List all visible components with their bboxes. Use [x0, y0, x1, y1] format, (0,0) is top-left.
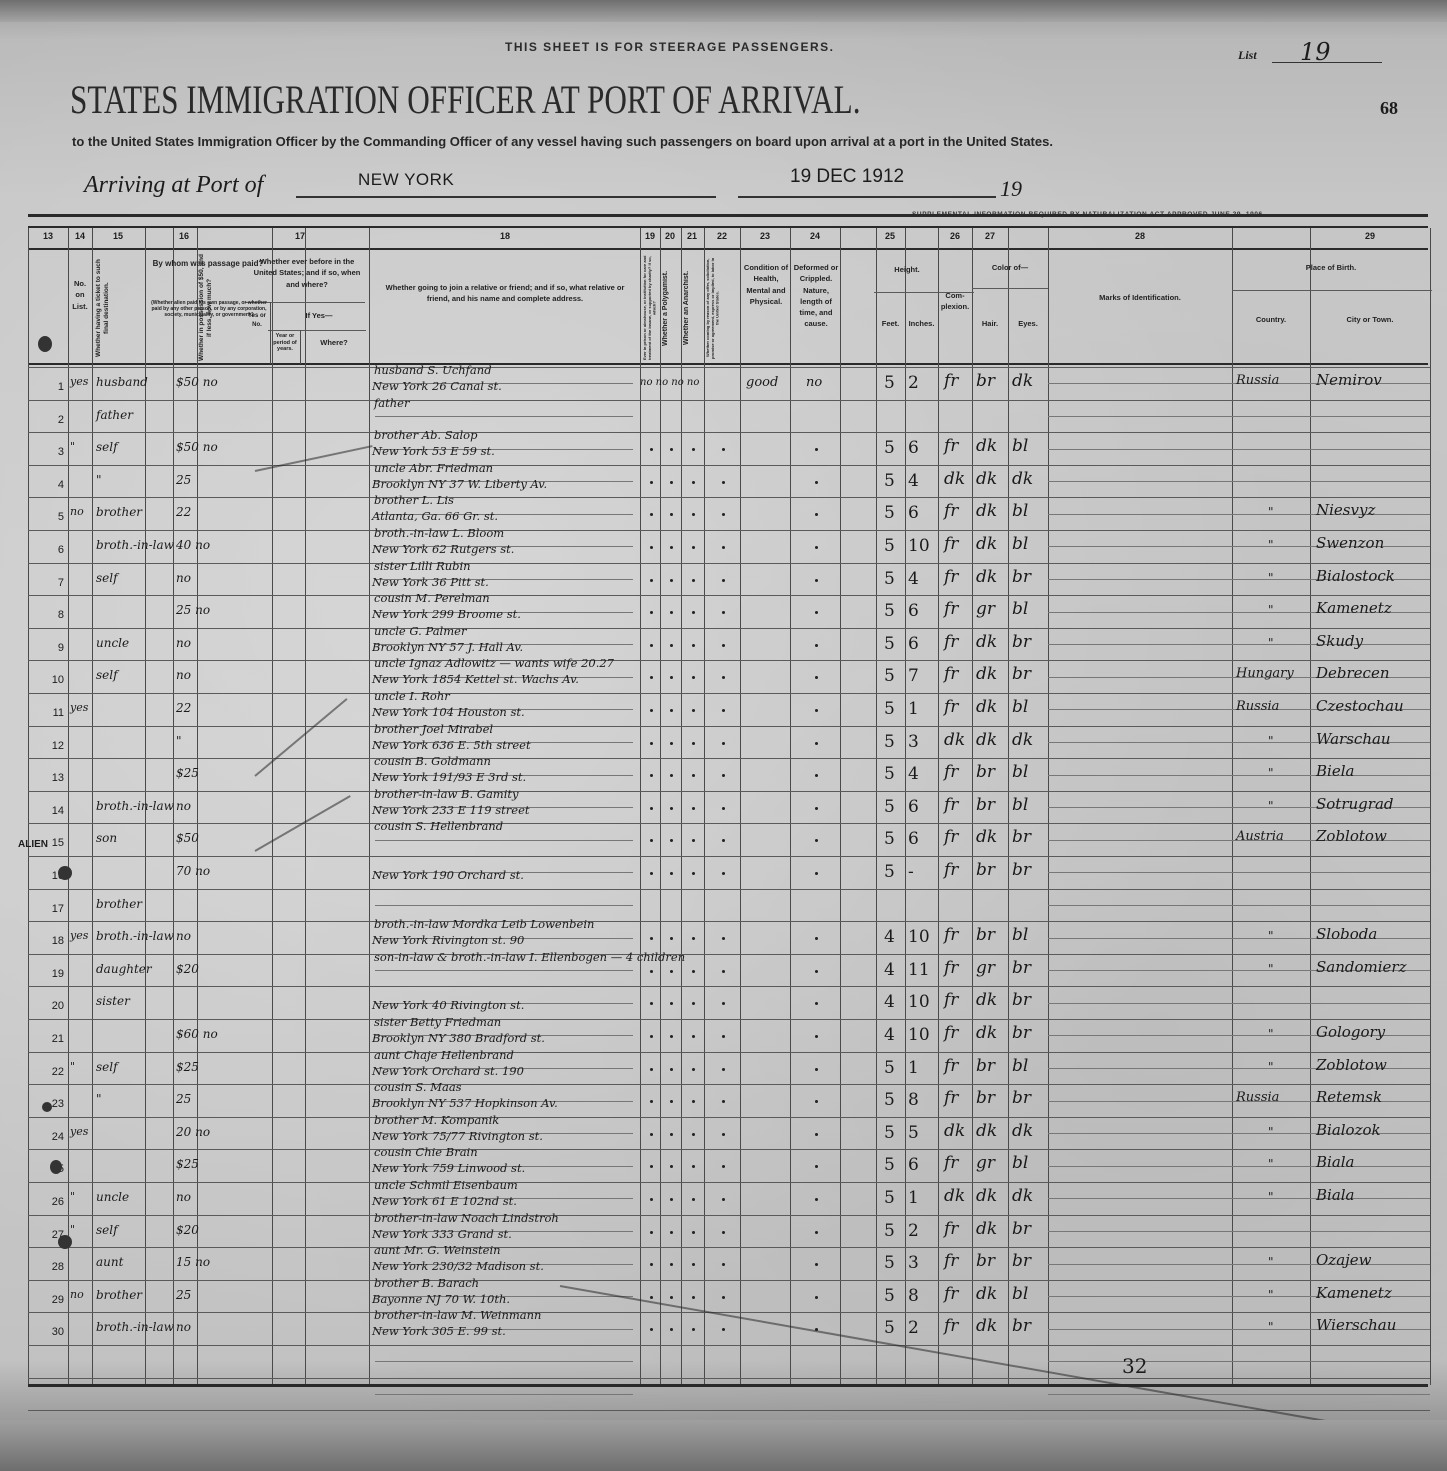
column-number: 21 — [682, 231, 702, 241]
rule — [28, 1384, 1428, 1387]
table-row — [28, 432, 1430, 465]
header-ticket: Whether having a ticket to such final de… — [95, 254, 141, 362]
cell-inches: 10 — [908, 536, 930, 556]
cell-complexion: fr — [944, 1088, 958, 1108]
ditto-mark — [692, 872, 695, 875]
cell-money: 25 — [176, 473, 191, 487]
column-number: 17 — [290, 231, 310, 241]
ditto-mark — [815, 807, 818, 810]
header-before-in-us: Whether ever before in the United States… — [248, 256, 366, 290]
cell-inches: 2 — [908, 1221, 919, 1241]
ditto-mark — [650, 872, 653, 875]
cell-eyes: bl — [1012, 1056, 1028, 1076]
cell-hair: br — [976, 1088, 995, 1108]
cell-money: 25 — [176, 1092, 191, 1106]
header-join-relative: Whether going to join a relative or frie… — [385, 282, 625, 305]
cell-address: New York 1854 Kettel st. Wachs Av. — [372, 672, 579, 686]
cell-ticket: yes — [70, 375, 88, 388]
table-row — [28, 595, 1430, 628]
cell-hair: br — [976, 762, 995, 782]
cell-eyes: bl — [1012, 1153, 1028, 1173]
column-number: 19 — [640, 231, 660, 241]
header-eyes: Eyes. — [1008, 318, 1048, 329]
ditto-country: " — [1268, 799, 1274, 813]
cell-complexion: fr — [944, 697, 958, 717]
punch-hole — [58, 1235, 72, 1249]
header-place-of-birth: Place of Birth. — [1232, 262, 1430, 273]
cell-ticket: " — [70, 1223, 75, 1236]
ditto-mark — [815, 1198, 818, 1201]
cell-relative: brother Ab. Salop — [374, 428, 477, 442]
ditto-mark — [692, 709, 695, 712]
cell-complexion: fr — [944, 599, 958, 619]
ditto-mark — [650, 1133, 653, 1136]
cell-feet: 5 — [884, 1318, 895, 1338]
column-number: 24 — [805, 231, 825, 241]
header-prison: Ever in prison or almshouse, or institut… — [643, 254, 659, 362]
cell-hair: br — [976, 925, 995, 945]
cell-money: no — [176, 1320, 191, 1334]
cell-hair: dk — [976, 1023, 997, 1043]
arriving-label: Arriving at Port of — [84, 172, 263, 199]
header-feet: Feet. — [876, 318, 905, 329]
cell-feet: 5 — [884, 1058, 895, 1078]
cell-city: Wierschau — [1316, 1316, 1396, 1334]
ditto-country: " — [1268, 1060, 1274, 1074]
cell-eyes: dk — [1012, 1121, 1033, 1141]
cell-hair: br — [976, 795, 995, 815]
cell-passage-paid: broth.-in-law — [96, 538, 174, 552]
cell-feet: 5 — [884, 1286, 895, 1306]
cell-money: 70 no — [176, 864, 210, 878]
table-row — [28, 693, 1430, 726]
ditto-mark — [815, 1035, 818, 1038]
header-country: Country. — [1232, 314, 1310, 325]
cell-hair: dk — [976, 697, 997, 717]
cell-money: $20 — [176, 1223, 199, 1237]
cell-country: Russia — [1236, 373, 1279, 388]
punch-hole — [58, 866, 72, 880]
cell-inches: 6 — [908, 503, 919, 523]
cell-eyes: dk — [1012, 1186, 1033, 1206]
row-number: 13 — [38, 772, 64, 784]
cell-country: Russia — [1236, 1090, 1279, 1105]
cell-complexion: fr — [944, 860, 958, 880]
ditto-country: " — [1268, 929, 1274, 943]
cell-eyes: bl — [1012, 925, 1028, 945]
table-row — [28, 1312, 1430, 1345]
ditto-country: " — [1268, 636, 1274, 650]
ditto-country: " — [1268, 1125, 1274, 1139]
ditto-mark — [815, 1133, 818, 1136]
row-number: 8 — [38, 609, 64, 621]
ditto-mark — [692, 742, 695, 745]
cell-address: New York 190 Orchard st. — [372, 868, 524, 882]
cell-hair: dk — [976, 1121, 997, 1141]
cell-address: New York Rivington st. 90 — [372, 933, 524, 947]
cell-relative: broth.-in-law Mordka Leib Lowenbein — [374, 917, 594, 931]
ditto-country: " — [1268, 1320, 1274, 1334]
row-number: 30 — [38, 1326, 64, 1338]
table-row — [28, 628, 1430, 661]
cell-passage-paid: brother — [96, 1288, 142, 1302]
header-yes-no: Yes or No. — [245, 312, 269, 330]
cell-address: Brooklyn NY 380 Bradford st. — [372, 1031, 545, 1045]
column-number: 18 — [495, 231, 515, 241]
ditto-mark — [650, 1035, 653, 1038]
table-row — [28, 1084, 1430, 1117]
cell-inches: 2 — [908, 1318, 919, 1338]
cell-relative: broth.-in-law L. Bloom — [374, 526, 504, 540]
cell-city: Biela — [1316, 762, 1354, 780]
punch-hole — [50, 1160, 62, 1174]
cell-complexion: fr — [944, 1316, 958, 1336]
scan-edge — [0, 0, 1447, 22]
cell-relative: cousin M. Perelman — [374, 591, 490, 605]
subheader-rule — [300, 330, 301, 364]
ditto-mark — [692, 546, 695, 549]
header-years: Year or period of years. — [271, 333, 299, 353]
cell-feet: 5 — [884, 503, 895, 523]
page-subtitle: to the United States Immigration Officer… — [72, 134, 1053, 149]
cell-complexion: fr — [944, 436, 958, 456]
cell-address: New York 191/93 E 3rd st. — [372, 770, 526, 784]
cell-eyes: br — [1012, 827, 1031, 847]
cell-address: New York 75/77 Rivington st. — [372, 1129, 543, 1143]
table-row — [28, 921, 1430, 954]
cell-address: New York 230/32 Madison st. — [372, 1259, 544, 1273]
table-row — [28, 1019, 1430, 1052]
list-label: List — [1238, 48, 1257, 63]
cell-complexion: fr — [944, 567, 958, 587]
table-row — [28, 497, 1430, 530]
ditto-mark — [670, 644, 673, 647]
header-complexion: Com-plexion. — [940, 290, 970, 313]
cell-inches: - — [908, 862, 914, 882]
header-polygamist: Whether a Polygamist. — [662, 254, 678, 362]
cell-money: $60 no — [176, 1027, 218, 1041]
cell-inches: 8 — [908, 1286, 919, 1306]
table-row — [28, 530, 1430, 563]
cell-eyes: bl — [1012, 501, 1028, 521]
ditto-mark — [722, 1198, 725, 1201]
cell-complexion: fr — [944, 534, 958, 554]
ditto-mark — [722, 579, 725, 582]
cell-eyes: br — [1012, 958, 1031, 978]
header-inches: Inches. — [905, 318, 938, 329]
row-number: 5 — [38, 511, 64, 523]
cell-address: New York 40 Rivington st. — [372, 998, 524, 1012]
cell-passage-paid: sister — [96, 994, 130, 1008]
cell-relative: cousin S. Maas — [374, 1080, 462, 1094]
cell-address: New York 36 Pitt st. — [372, 575, 489, 589]
table-row — [28, 889, 1430, 922]
cell-money: no — [176, 929, 191, 943]
cell-address: New York 26 Canal st. — [372, 379, 502, 393]
list-number: 19 — [1300, 38, 1331, 66]
row-rule — [28, 1410, 1430, 1411]
cell-city: Swenzon — [1316, 534, 1384, 552]
ditto-mark — [670, 1198, 673, 1201]
table-row — [28, 986, 1430, 1019]
cell-relative: brother-in-law B. Gamity — [374, 787, 519, 801]
cell-passage-paid: self — [96, 571, 118, 585]
row-number: 20 — [38, 1000, 64, 1012]
cell-city: Sloboda — [1316, 925, 1377, 943]
cell-money: $25 — [176, 1157, 199, 1171]
cell-inches: 6 — [908, 829, 919, 849]
cell-feet: 5 — [884, 601, 895, 621]
cell-passage-paid: brother — [96, 897, 142, 911]
scan-edge-bottom — [0, 1420, 1447, 1471]
cell-feet: 5 — [884, 666, 895, 686]
cell-feet: 5 — [884, 699, 895, 719]
ditto-mark — [692, 644, 695, 647]
row-number: 1 — [38, 381, 64, 393]
header-color-of: Color of— — [972, 262, 1048, 273]
column-number: 14 — [70, 231, 90, 241]
cell-address: Brooklyn NY 57 J. Hall Av. — [372, 640, 523, 654]
cell-address: New York Orchard st. 190 — [372, 1064, 524, 1078]
cell-city: Zoblotow — [1316, 827, 1387, 845]
cell-inches: 4 — [908, 471, 919, 491]
cell-ticket: " — [70, 440, 75, 453]
cell-eyes: br — [1012, 1251, 1031, 1271]
cell-complexion: fr — [944, 632, 958, 652]
cell-ticket: " — [70, 1060, 75, 1073]
cell-ticket: no — [70, 505, 84, 518]
cell-passage-paid: father — [96, 408, 133, 422]
ditto-mark — [815, 644, 818, 647]
ditto-mark — [670, 709, 673, 712]
cell-flags: no no no no — [640, 377, 699, 388]
header-health: Condition of Health, Mental and Physical… — [742, 262, 790, 307]
cell-feet: 5 — [884, 373, 895, 393]
cell-complexion: fr — [944, 1219, 958, 1239]
ditto-mark — [670, 1296, 673, 1299]
ditto-mark — [815, 579, 818, 582]
cell-relative: uncle Ignaz Adlowitz — wants wife 20.27 — [374, 656, 614, 670]
cell-inches: 4 — [908, 764, 919, 784]
cell-relative: brother-in-law M. Weinmann — [374, 1308, 541, 1322]
cell-eyes: bl — [1012, 436, 1028, 456]
date-stamp: 19 DEC 1912 — [790, 166, 904, 188]
cell-relative: brother Joel Mirabel — [374, 722, 493, 736]
ditto-mark — [722, 970, 725, 973]
half-rule — [375, 1361, 633, 1362]
ditto-mark — [692, 481, 695, 484]
cell-relative: son-in-law & broth.-in-law I. Ellenbogen… — [374, 950, 685, 964]
cell-money: 15 no — [176, 1255, 210, 1269]
header-labor-contract: Whether coming by reason of any offer, s… — [706, 254, 736, 362]
cell-relative: aunt Mr. G. Weinstein — [374, 1243, 501, 1257]
cell-relative: cousin B. Goldmann — [374, 754, 491, 768]
cell-city: Bialozok — [1316, 1121, 1381, 1139]
ditto-mark — [670, 579, 673, 582]
cell-complexion: fr — [944, 990, 958, 1010]
table-row — [28, 1247, 1430, 1280]
cell-feet: 5 — [884, 829, 895, 849]
column-number: 13 — [38, 231, 58, 241]
cell-city: Kamenetz — [1316, 1284, 1392, 1302]
cell-money: no — [176, 571, 191, 585]
cell-hair: gr — [976, 599, 995, 619]
ditto-mark — [670, 742, 673, 745]
header-money: Whether in possession of $50, and if les… — [198, 254, 228, 362]
cell-hair: gr — [976, 958, 995, 978]
column-number: 25 — [880, 231, 900, 241]
rule — [28, 248, 1428, 250]
cell-inches: 11 — [908, 960, 930, 980]
cell-relative: sister Lilli Rubin — [374, 559, 471, 573]
cell-money: 25 no — [176, 603, 210, 617]
cell-relative: husband S. Uchfand — [374, 363, 492, 377]
cell-feet: 5 — [884, 1221, 895, 1241]
ditto-country: " — [1268, 1255, 1274, 1269]
ditto-mark — [722, 1296, 725, 1299]
row-number: 19 — [38, 968, 64, 980]
half-rule — [1048, 1394, 1430, 1395]
cell-relative: uncle I. Rohr — [374, 689, 450, 703]
ditto-mark — [722, 872, 725, 875]
cell-relative: cousin Chie Brain — [374, 1145, 478, 1159]
table-row — [28, 563, 1430, 596]
cell-passage-paid: self — [96, 668, 118, 682]
cell-eyes: bl — [1012, 697, 1028, 717]
table-row — [28, 1117, 1430, 1150]
cell-hair: dk — [976, 1186, 997, 1206]
row-number: 11 — [38, 707, 64, 719]
cell-hair: dk — [976, 501, 997, 521]
cell-ticket: yes — [70, 1125, 88, 1138]
rule — [28, 226, 1428, 228]
ditto-mark — [722, 1035, 725, 1038]
cell-money: 20 no — [176, 1125, 210, 1139]
ditto-mark — [670, 970, 673, 973]
cell-feet: 5 — [884, 471, 895, 491]
cell-ticket: " — [70, 1190, 75, 1203]
table-row — [28, 758, 1430, 791]
cell-hair: dk — [976, 534, 997, 554]
ditto-mark — [692, 1231, 695, 1234]
cell-eyes: bl — [1012, 1284, 1028, 1304]
ditto-mark — [650, 644, 653, 647]
row-number: 2 — [38, 414, 64, 426]
cell-money: $50 no — [176, 375, 218, 389]
ditto-country: " — [1268, 766, 1274, 780]
header-city: City or Town. — [1310, 314, 1430, 325]
cell-address: New York 299 Broome st. — [372, 607, 521, 621]
row-number: 9 — [38, 642, 64, 654]
port-value: NEW YORK — [358, 170, 454, 190]
ditto-mark — [815, 742, 818, 745]
half-rule — [1048, 1361, 1430, 1362]
cell-inches: 1 — [908, 1188, 919, 1208]
cell-hair: dk — [976, 567, 997, 587]
column-number: 29 — [1360, 231, 1380, 241]
ditto-country: " — [1268, 1190, 1274, 1204]
cell-inches: 10 — [908, 1025, 930, 1045]
ditto-mark — [722, 1068, 725, 1071]
ditto-mark — [815, 546, 818, 549]
cell-passage-paid: self — [96, 1223, 118, 1237]
cell-passage-paid: uncle — [96, 1190, 129, 1204]
cell-passage-paid: uncle — [96, 636, 129, 650]
cell-address: New York 62 Rutgers st. — [372, 542, 514, 556]
cell-inches: 1 — [908, 1058, 919, 1078]
row-number: 24 — [38, 1131, 64, 1143]
table-row — [28, 856, 1430, 889]
subheader-rule — [1232, 290, 1432, 291]
cell-money: $25 — [176, 766, 199, 780]
cell-complexion: fr — [944, 371, 958, 391]
ditto-mark — [650, 709, 653, 712]
cell-complexion: fr — [944, 1153, 958, 1173]
cell-city: Biala — [1316, 1186, 1355, 1204]
ditto-mark — [670, 1068, 673, 1071]
ditto-mark — [692, 1133, 695, 1136]
ditto-country: " — [1268, 1027, 1274, 1041]
cell-eyes: br — [1012, 632, 1031, 652]
cell-money: $20 — [176, 962, 199, 976]
column-number: 15 — [108, 231, 128, 241]
cell-feet: 5 — [884, 569, 895, 589]
cell-passage-paid: broth.-in-law — [96, 929, 174, 943]
cell-money: no — [176, 636, 191, 650]
cell-eyes: bl — [1012, 599, 1028, 619]
cell-relative: uncle Abr. Friedman — [374, 461, 493, 475]
cell-inches: 4 — [908, 569, 919, 589]
ditto-mark — [670, 1231, 673, 1234]
cell-complexion: fr — [944, 1284, 958, 1304]
cell-relative: cousin S. Hellenbrand — [374, 819, 503, 833]
cell-feet: 4 — [884, 992, 895, 1012]
cell-passage-paid: self — [96, 1060, 118, 1074]
ditto-mark — [650, 1068, 653, 1071]
header-marks: Marks of Identification. — [1060, 292, 1220, 303]
ditto-mark — [650, 1198, 653, 1201]
date-underline — [738, 196, 996, 198]
cell-ticket: yes — [70, 701, 88, 714]
cell-passage-paid: broth.-in-law — [96, 799, 174, 813]
cell-complexion: dk — [944, 1186, 965, 1206]
cell-relative: sister Betty Friedman — [374, 1015, 501, 1029]
cell-country: Russia — [1236, 699, 1279, 714]
cell-inches: 7 — [908, 666, 919, 686]
cell-eyes: bl — [1012, 534, 1028, 554]
header-height: Height. — [876, 264, 938, 275]
ditto-mark — [815, 481, 818, 484]
cell-passage-paid: " — [96, 1092, 102, 1106]
alien-stamp: ALIEN — [18, 839, 48, 850]
cell-city: Sotrugrad — [1316, 795, 1393, 813]
cell-money: " — [176, 734, 182, 748]
cell-feet: 4 — [884, 960, 895, 980]
ditto-mark — [692, 1198, 695, 1201]
ditto-mark — [815, 1296, 818, 1299]
column-number: 23 — [755, 231, 775, 241]
rule — [28, 214, 1428, 217]
row-number: 7 — [38, 577, 64, 589]
ditto-mark — [650, 970, 653, 973]
cell-hair: br — [976, 371, 995, 391]
cell-complexion: fr — [944, 1056, 958, 1076]
ditto-mark — [722, 742, 725, 745]
cell-feet: 5 — [884, 797, 895, 817]
cell-complexion: fr — [944, 795, 958, 815]
ditto-mark — [692, 1035, 695, 1038]
table-row — [28, 660, 1430, 693]
